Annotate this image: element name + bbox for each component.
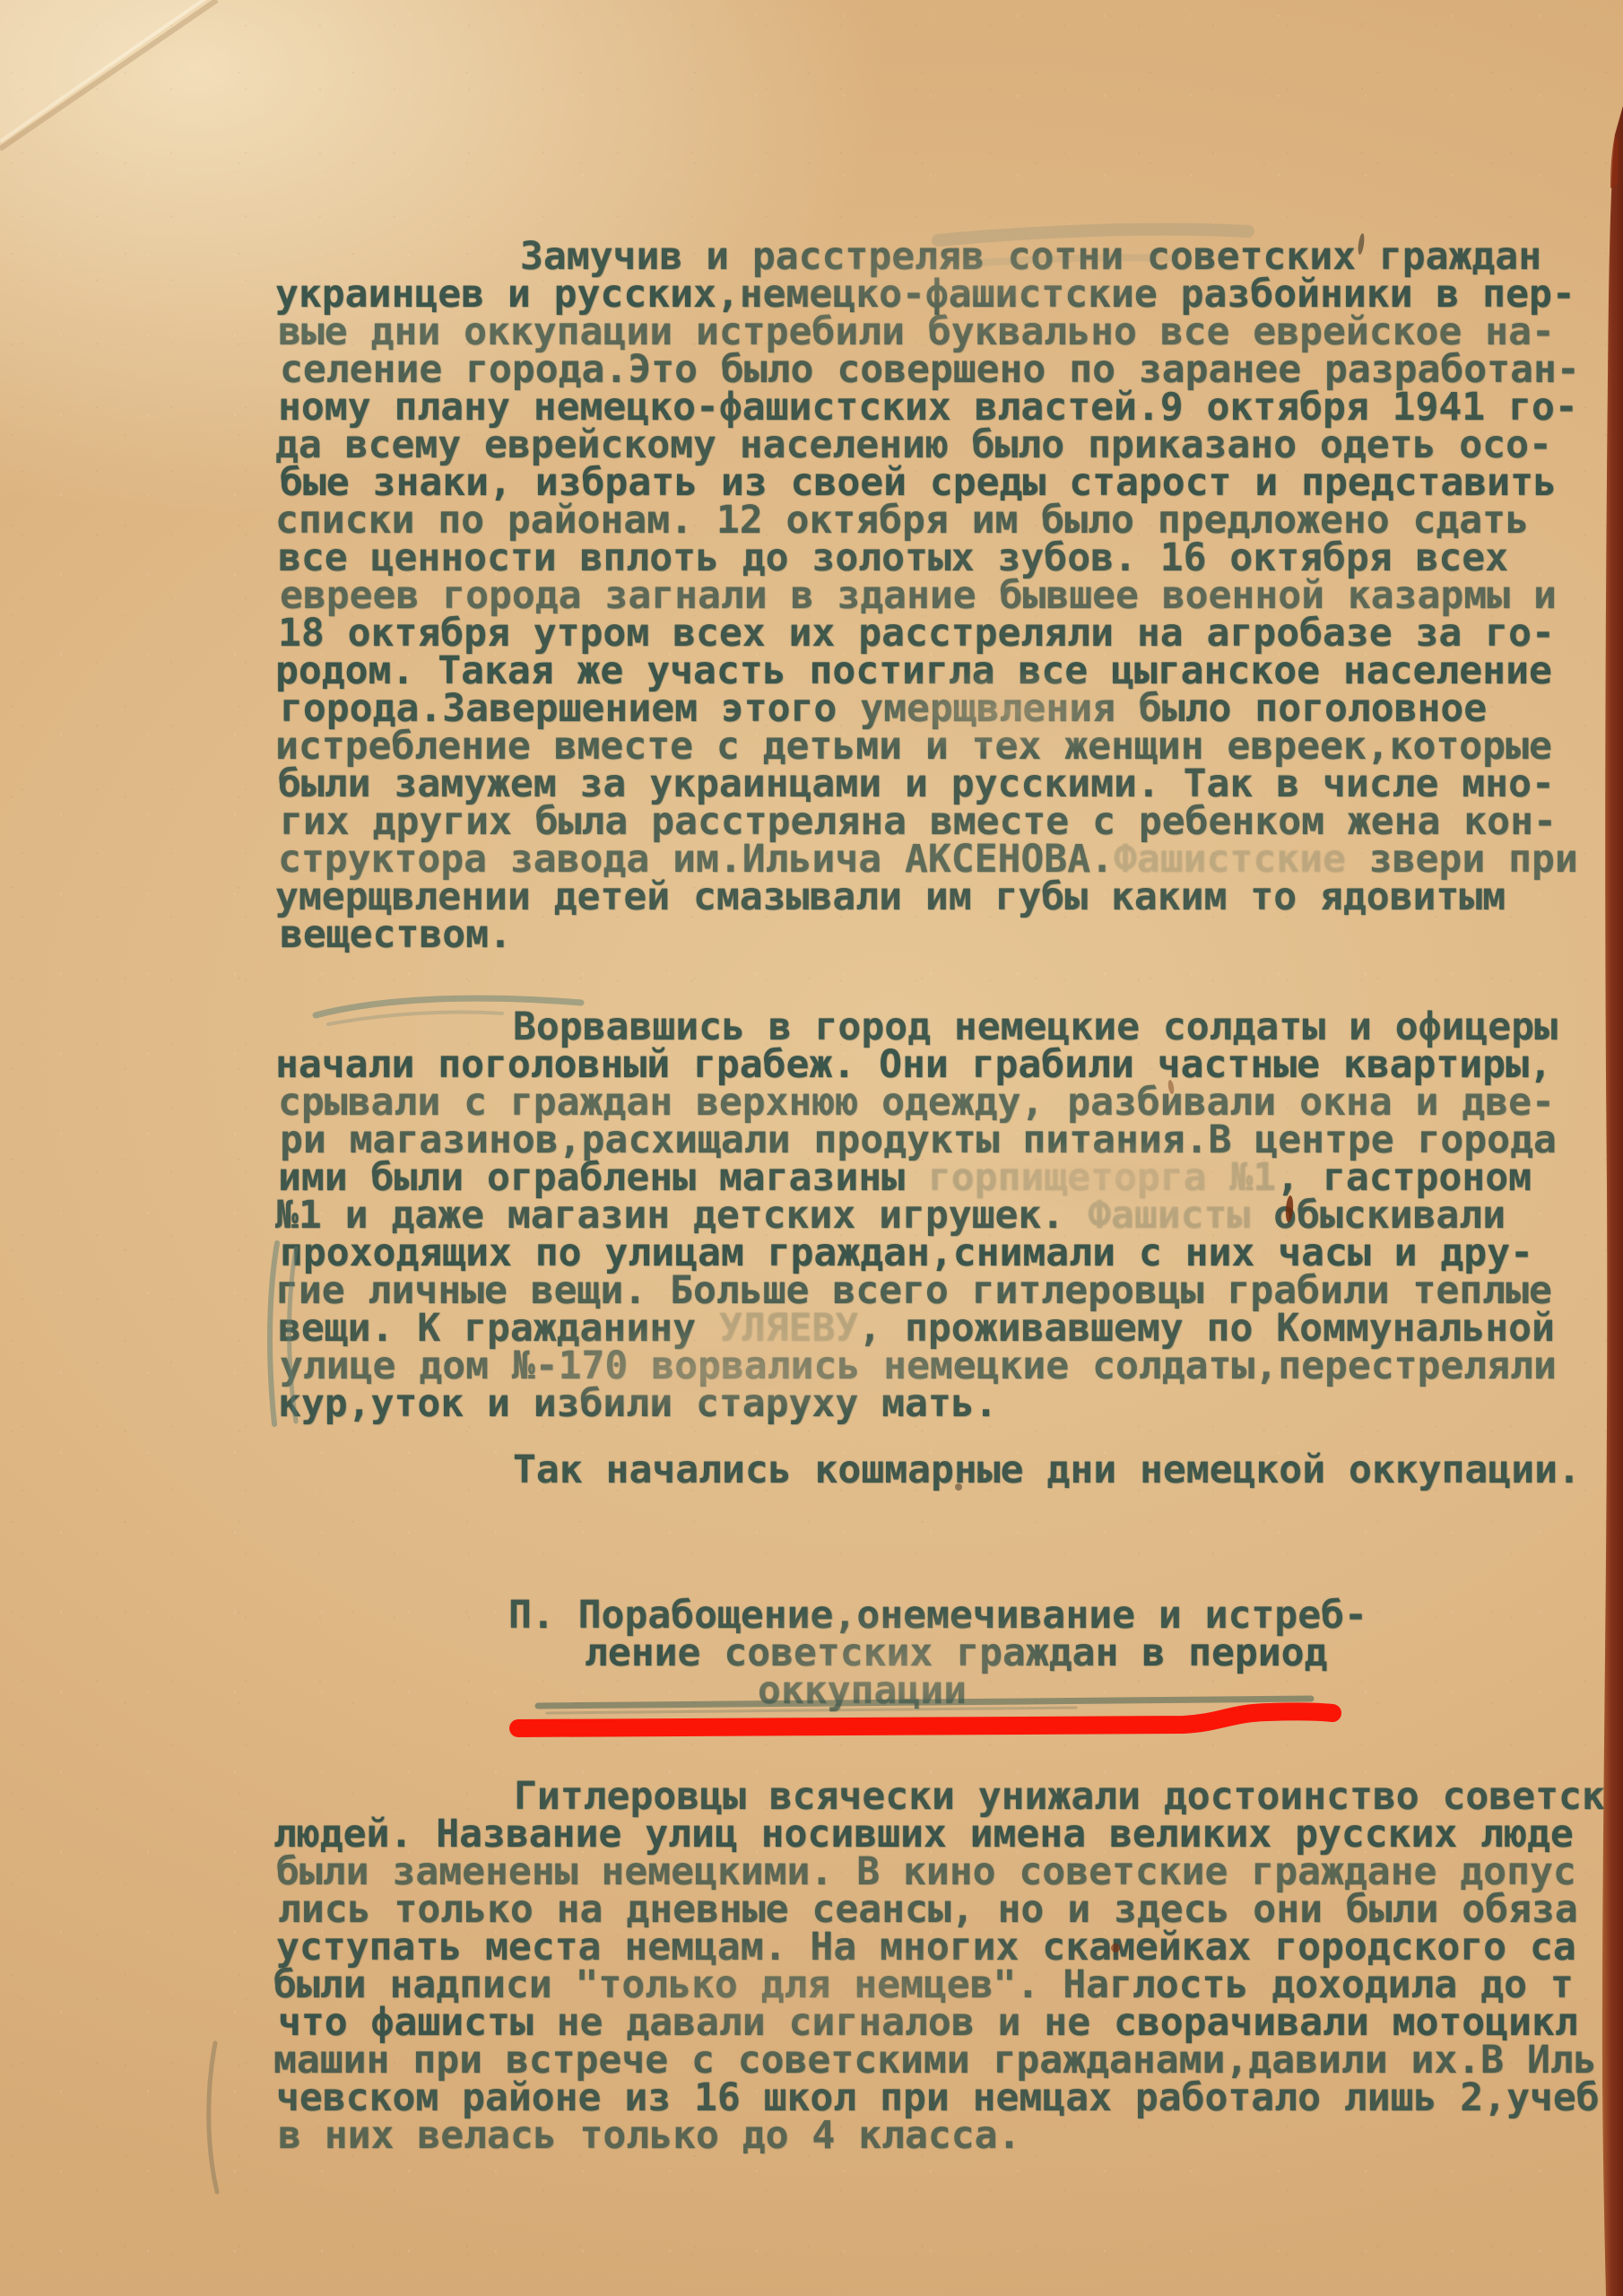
text-line: ление советских граждан в период bbox=[585, 1634, 1363, 1672]
text-line: П. Порабощение,онемечивание и истреб- bbox=[508, 1596, 1367, 1634]
text-line: ри магазинов,расхищали продукты питания.… bbox=[280, 1121, 1623, 1159]
text-line: что фашисты не давали сигналов и не свор… bbox=[278, 2004, 1623, 2041]
text-line: евреев города загнали в здание бывшее во… bbox=[280, 577, 1623, 614]
text-line: в них велась только до 4 класса. bbox=[278, 2117, 1623, 2154]
text-line: Так начались кошмарные дни немецкой окку… bbox=[513, 1451, 1581, 1489]
text-line: были заменены немецкими. В кино советски… bbox=[276, 1853, 1623, 1891]
text-line: ному плану немецко-фашистских властей.9 … bbox=[278, 388, 1623, 426]
paragraph-looting: Ворвавшись в город немецкие солдаты и оф… bbox=[278, 1008, 1623, 1422]
text-line: чевском районе из 16 школ при немцах раб… bbox=[276, 2079, 1623, 2117]
fold-crease-highlight bbox=[0, 0, 208, 140]
text-line: гие личные вещи. Больше всего гитлеровцы… bbox=[275, 1272, 1623, 1309]
text-line: украинцев и русских,немецко-фашистские р… bbox=[275, 275, 1623, 313]
text-line: все ценности вплоть до золотых зубов. 16… bbox=[278, 539, 1623, 577]
text-line: кур,уток и избили старуху мать. bbox=[278, 1385, 1623, 1422]
pencil-mark-bottom bbox=[209, 2043, 217, 2192]
text-line: селение города.Это было совершено по зар… bbox=[280, 351, 1623, 388]
text-line: гих других была расстреляна вместе с реб… bbox=[280, 803, 1623, 840]
text-line: уступать места немцам. На многих скамейк… bbox=[276, 1928, 1623, 1966]
closing-line: Так начались кошмарные дни немецкой окку… bbox=[511, 1451, 1579, 1489]
text-line: родом. Такая же участь постигла все цыга… bbox=[275, 652, 1623, 690]
text-line: истребление вместе с детьми и тех женщин… bbox=[275, 727, 1623, 765]
text-line: машин при встрече с советскими гражданам… bbox=[273, 2041, 1623, 2079]
text-line: списки по районам. 12 октября им было пр… bbox=[275, 501, 1623, 539]
text-line: да всему еврейскому населению было прика… bbox=[275, 426, 1623, 464]
section-heading: П. Порабощение,онемечивание и истреб-лен… bbox=[507, 1596, 1366, 1709]
text-line: были замужем за украинцами и русскими. Т… bbox=[278, 765, 1623, 803]
fold-crease bbox=[0, 0, 213, 142]
paragraph-humiliation: Гитлеровцы всячески унижали достоинство … bbox=[276, 1778, 1623, 2154]
text-line: Гитлеровцы всячески унижали достоинство … bbox=[278, 1778, 1623, 1815]
text-line: веществом. bbox=[280, 916, 1623, 953]
red-underline-annotation bbox=[518, 1711, 1332, 1728]
text-line: ими были ограблены магазины горпищеторга… bbox=[278, 1159, 1623, 1196]
fold-crease-shadow bbox=[0, 0, 217, 149]
text-line: бые знаки, избрать из своей среды старос… bbox=[280, 464, 1623, 501]
text-line: людей. Название улиц носивших имена вели… bbox=[273, 1815, 1623, 1853]
text-line: срывали с граждан верхнюю одежду, разбив… bbox=[278, 1083, 1623, 1121]
text-line: улице дом №-170 ворвались немецкие солда… bbox=[280, 1347, 1623, 1385]
text-line: города.Завершением этого умерщвления был… bbox=[280, 690, 1623, 727]
text-line: 18 октября утром всех их расстреляли на … bbox=[278, 614, 1623, 652]
text-line: №1 и даже магазин детских игрушек. Фашис… bbox=[275, 1196, 1623, 1234]
text-line: Замучив и расстреляв сотни советских гра… bbox=[280, 238, 1623, 275]
document-page: Замучив и расстреляв сотни советских гра… bbox=[0, 0, 1623, 2296]
text-line: вещи. К гражданину УЛЯЕВУ, проживавшему … bbox=[278, 1309, 1623, 1347]
text-line: были надписи "только для немцев". Наглос… bbox=[273, 1966, 1623, 2004]
paragraph-atrocities: Замучив и расстреляв сотни советских гра… bbox=[278, 238, 1623, 953]
text-line: умерщвлении детей смазывали им губы каки… bbox=[275, 878, 1623, 916]
text-line: лись только на дневные сеансы, но и здес… bbox=[278, 1891, 1623, 1928]
text-line: начали поголовный грабеж. Они грабили ча… bbox=[275, 1046, 1623, 1083]
text-line: оккупации bbox=[758, 1672, 1366, 1709]
page-edge-notch bbox=[1610, 135, 1619, 188]
text-line: Ворвавшись в город немецкие солдаты и оф… bbox=[280, 1008, 1623, 1046]
text-line: структора завода им.Ильича АКСЕНОВА.Фаши… bbox=[278, 840, 1623, 878]
text-line: вые дни оккупации истребили буквально вс… bbox=[278, 313, 1623, 351]
text-line: проходящих по улицам граждан,снимали с н… bbox=[280, 1234, 1623, 1272]
